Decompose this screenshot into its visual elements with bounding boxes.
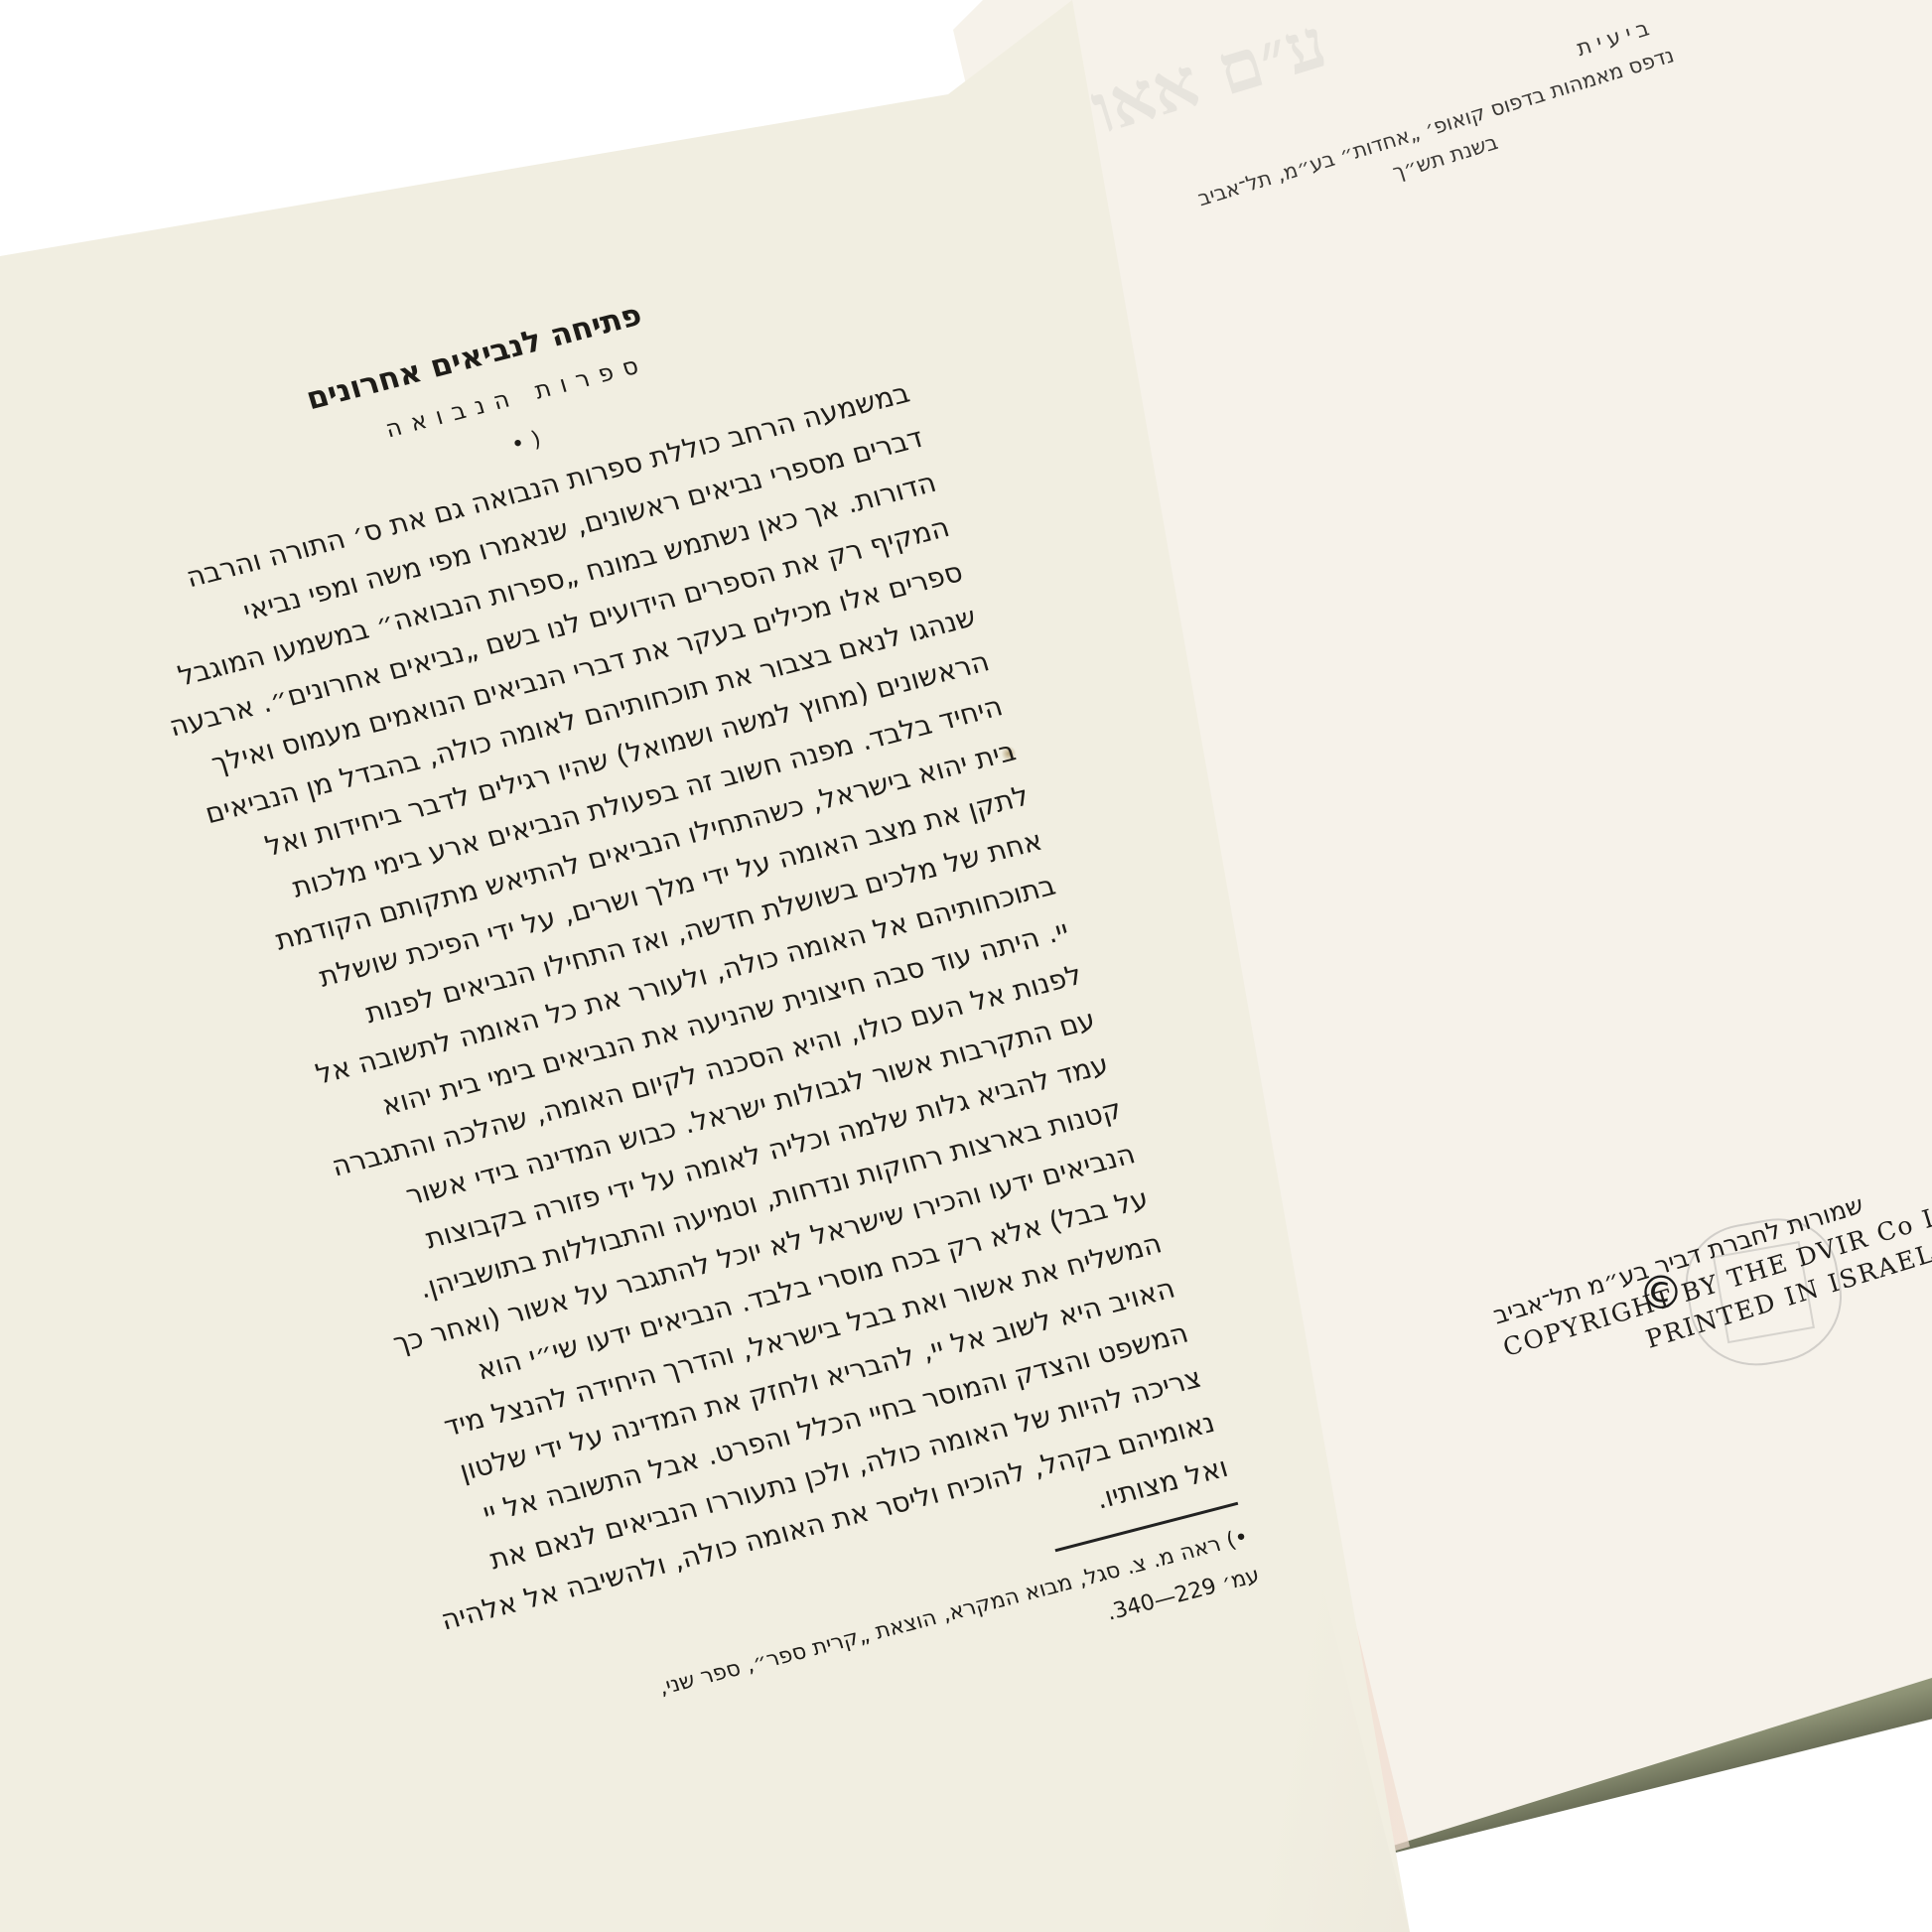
footnote-page-prefix: עמ׳ xyxy=(1219,1563,1263,1595)
